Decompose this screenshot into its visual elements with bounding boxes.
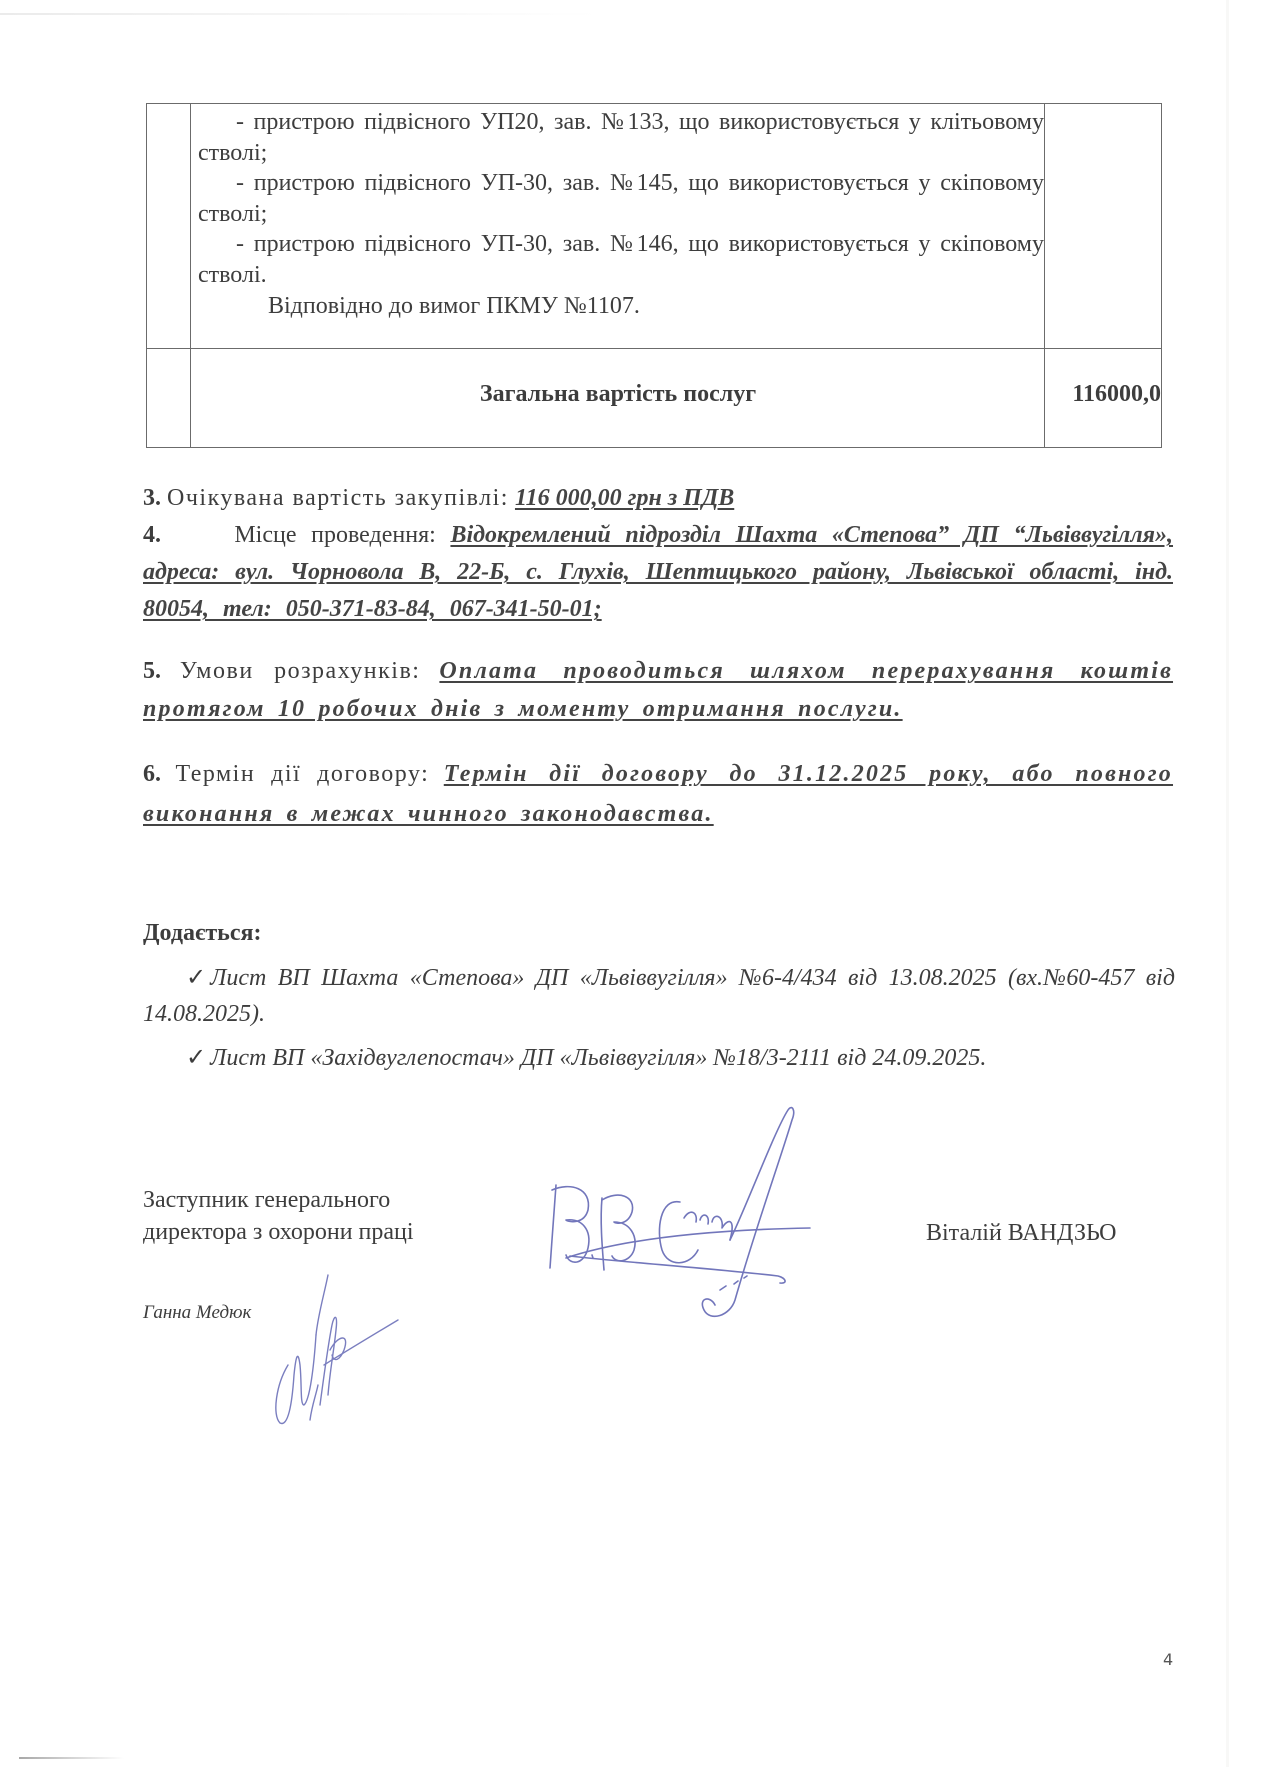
services-table: - пристрою підвісного УП20, зав. №133, щ… xyxy=(146,103,1162,448)
section-label: Місце проведення: xyxy=(234,522,435,548)
signature-executor-icon xyxy=(258,1255,408,1430)
service-item: - пристрою підвісного УП-30, зав. №146, … xyxy=(198,229,1044,290)
expected-cost-value: 116 000,00 грн з ПДВ xyxy=(515,485,734,511)
service-item: - пристрою підвісного УП20, зав. №133, щ… xyxy=(198,107,1044,168)
section-label: Умови розрахунків: xyxy=(180,658,421,684)
section-label: Термін дії договору: xyxy=(175,761,429,787)
table-divider-row xyxy=(147,348,1161,349)
compliance-note: Відповідно до вимог ПКМУ №1107. xyxy=(198,291,1044,322)
attachment-text: Лист ВП Шахта «Степова» ДП «Львіввугілля… xyxy=(143,965,1175,1027)
section-number: 3. xyxy=(143,485,161,511)
role-line: Заступник генерального xyxy=(143,1184,414,1216)
service-item: - пристрою підвісного УП-30, зав. №145, … xyxy=(198,168,1044,229)
signatory-role: Заступник генерального директора з охоро… xyxy=(143,1184,414,1248)
section-expected-cost: 3. Очікувана вартість закупівлі: 116 000… xyxy=(143,480,1173,517)
total-label: Загальна вартість послуг xyxy=(191,381,1045,408)
checkmark-icon: ✓ xyxy=(186,960,206,996)
scan-artifact-top xyxy=(0,13,600,15)
attachment-text: Лист ВП «Західвуглепостач» ДП «Львіввугі… xyxy=(210,1045,986,1071)
scan-artifact-right xyxy=(1226,0,1229,1767)
total-value: 116000,0 xyxy=(1045,381,1161,408)
page-number: 4 xyxy=(1163,1650,1173,1669)
attachments-title: Додається: xyxy=(143,920,261,947)
role-line: директора з охорони праці xyxy=(143,1216,414,1248)
section-label: Очікувана вартість закупівлі: xyxy=(167,485,509,511)
checkmark-icon: ✓ xyxy=(186,1040,206,1076)
signature-director-icon xyxy=(530,1090,890,1340)
service-description-cell: - пристрою підвісного УП20, зав. №133, щ… xyxy=(198,107,1044,321)
section-payment-terms: 5. Умови розрахунків: Оплата проводиться… xyxy=(143,652,1173,728)
scan-artifact-bottom xyxy=(19,1757,124,1759)
section-location: 4. Місце проведення: Відокремлений підро… xyxy=(143,517,1173,628)
signer-name: Віталій ВАНДЗЬО xyxy=(926,1220,1116,1247)
section-number: 4. xyxy=(143,522,161,548)
attachment-item: ✓Лист ВП Шахта «Степова» ДП «Львіввугілл… xyxy=(143,960,1175,1032)
section-contract-term: 6. Термін дії договору: Термін дії догов… xyxy=(143,754,1173,834)
section-number: 6. xyxy=(143,761,161,787)
section-number: 5. xyxy=(143,658,161,684)
attachment-item: ✓Лист ВП «Західвуглепостач» ДП «Львіввуг… xyxy=(143,1040,1175,1076)
executor-name: Ганна Медюк xyxy=(143,1302,251,1324)
